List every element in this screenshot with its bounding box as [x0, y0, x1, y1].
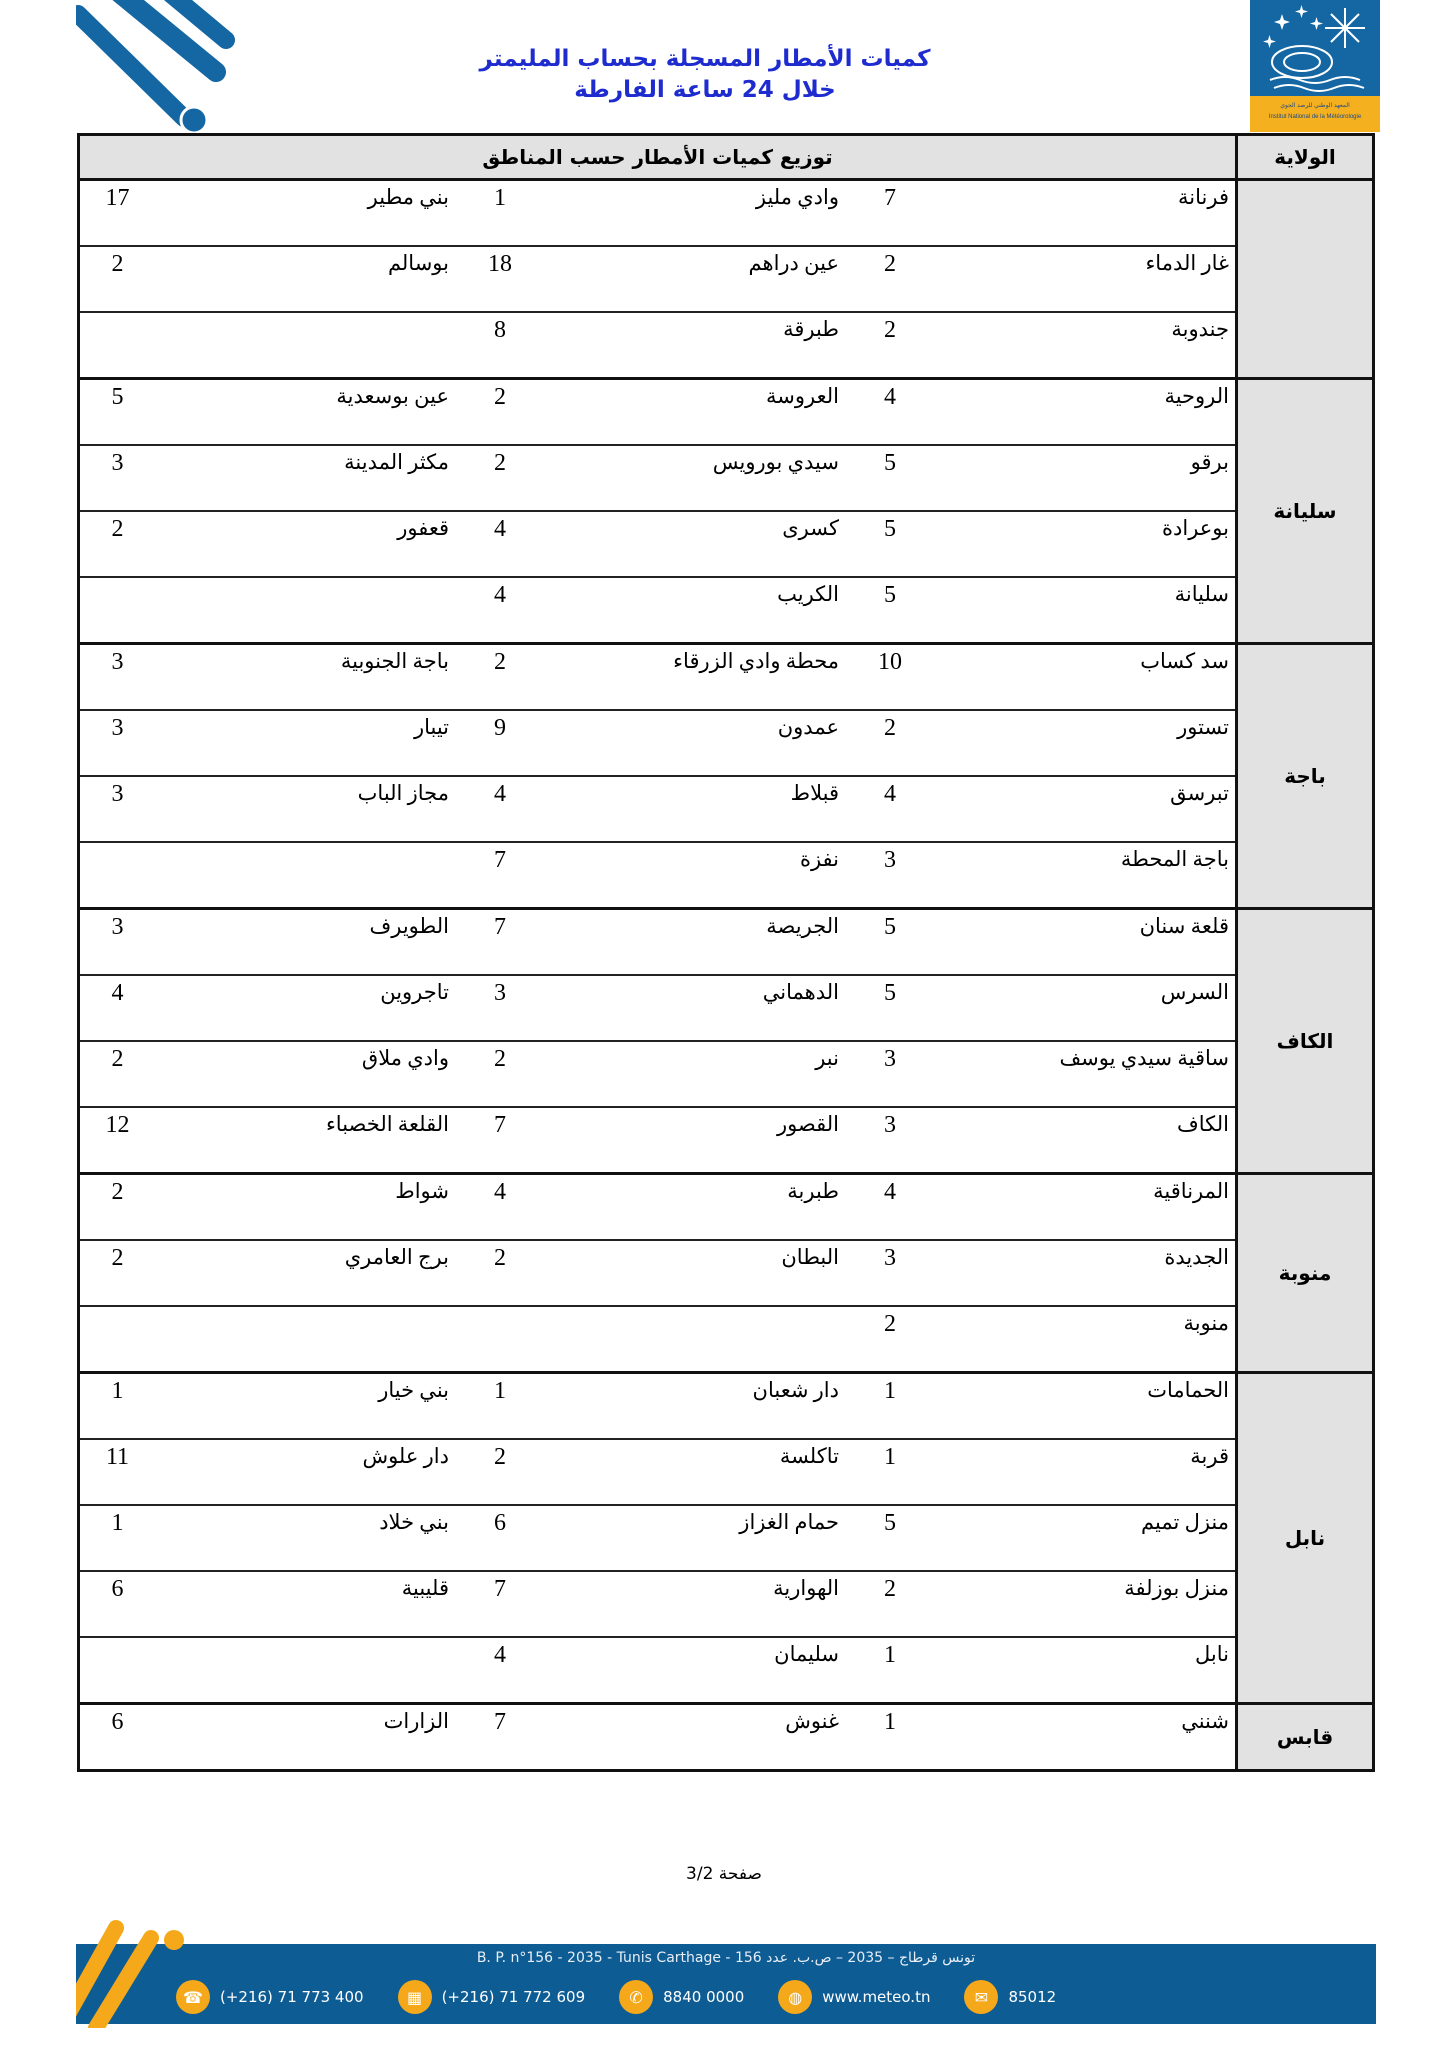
station-name: محطة وادي الزرقاء [545, 645, 845, 709]
station-name: منزل بوزلفة [935, 1572, 1235, 1636]
station-name: بني خيار [155, 1374, 455, 1438]
station-name: الجديدة [935, 1241, 1235, 1305]
rainfall-value [80, 843, 155, 907]
rainfall-value: 3 [845, 1042, 935, 1106]
rainfall-value: 2 [845, 711, 935, 775]
station-name: دار علوش [155, 1440, 455, 1504]
rainfall-value: 7 [455, 1705, 545, 1769]
table-row: قربة1تاكلسة2دار علوش11 [80, 1440, 1235, 1506]
station-name: كسرى [545, 512, 845, 576]
logo-caption-french: Institut National de la Météorologie [1250, 112, 1380, 123]
table-row: غار الدماء2عين دراهم18بوسالم2 [80, 247, 1235, 313]
institute-logo: المعهد الوطني للرصد الجوي Institut Natio… [1250, 0, 1380, 132]
station-name: الجريصة [545, 910, 845, 974]
station-name: قبلاط [545, 777, 845, 841]
contact-call-center-text: 8840 0000 [663, 1988, 744, 2006]
station-name: بني مطير [155, 181, 455, 245]
station-name: باجة المحطة [935, 843, 1235, 907]
table-row: الروحية4العروسة2عين بوسعدية5 [80, 380, 1235, 446]
station-name: فرنانة [935, 181, 1235, 245]
rainfall-value: 5 [845, 910, 935, 974]
rainfall-value: 2 [455, 380, 545, 444]
rainfall-value [80, 578, 155, 642]
header-distribution: توزيع كميات الأمطار حسب المناطق [80, 136, 1235, 178]
station-name: طبربة [545, 1175, 845, 1239]
station-rows: المرناقية4طبربة4شواط2الجديدة3البطان2برج … [80, 1175, 1235, 1371]
station-name: باجة الجنوبية [155, 645, 455, 709]
governorate-group: فرنانة7وادي مليز1بني مطير17غار الدماء2عي… [80, 181, 1372, 380]
station-name: الزارات [155, 1705, 455, 1769]
rainfall-value: 2 [80, 1042, 155, 1106]
table-row: ساقية سيدي يوسف3نبر2وادي ملاق2 [80, 1042, 1235, 1108]
rainfall-value: 2 [455, 1440, 545, 1504]
title-line-2: خلال 24 ساعة الفارطة [360, 74, 1050, 106]
station-name: قلعة سنان [935, 910, 1235, 974]
rainfall-value: 2 [80, 512, 155, 576]
station-name: مجاز الباب [155, 777, 455, 841]
rainfall-value: 2 [845, 1307, 935, 1371]
station-name: عين بوسعدية [155, 380, 455, 444]
rainfall-value: 1 [80, 1374, 155, 1438]
governorate-group: منوبةالمرناقية4طبربة4شواط2الجديدة3البطان… [80, 1175, 1372, 1374]
rainfall-value: 18 [455, 247, 545, 311]
rainfall-value: 4 [455, 777, 545, 841]
station-name: سليانة [935, 578, 1235, 642]
station-rows: سد كساب10محطة وادي الزرقاء2باجة الجنوبية… [80, 645, 1235, 907]
rainfall-value: 5 [845, 578, 935, 642]
station-name: القصور [545, 1108, 845, 1172]
station-name: غنوش [545, 1705, 845, 1769]
rainfall-value: 1 [845, 1440, 935, 1504]
rainfall-value: 2 [455, 645, 545, 709]
rainfall-value: 7 [455, 910, 545, 974]
rainfall-value: 11 [80, 1440, 155, 1504]
station-name: تستور [935, 711, 1235, 775]
station-name: العروسة [545, 380, 845, 444]
contact-website-text[interactable]: www.meteo.tn [822, 1988, 930, 2006]
governorate-group: سليانةالروحية4العروسة2عين بوسعدية5برقو5س… [80, 380, 1372, 645]
table-row: برقو5سيدي بورويس2مكثر المدينة3 [80, 446, 1235, 512]
table-row: منزل بوزلفة2الهوارية7قليبية6 [80, 1572, 1235, 1638]
rainfall-value: 17 [80, 181, 155, 245]
governorate-name: نابل [1235, 1374, 1372, 1702]
footer-bar: B. P. n°156 - 2035 - Tunis Carthage - تو… [76, 1944, 1376, 2024]
title-line-1: كميات الأمطار المسجلة بحساب المليمتر [360, 44, 1050, 74]
rainfall-value: 1 [845, 1638, 935, 1702]
station-name: عمدون [545, 711, 845, 775]
station-name: المرناقية [935, 1175, 1235, 1239]
station-name: سد كساب [935, 645, 1235, 709]
station-name: منوبة [935, 1307, 1235, 1371]
table-row: باجة المحطة3نفزة7 [80, 843, 1235, 907]
station-name: تاكلسة [545, 1440, 845, 1504]
rainfall-value: 4 [80, 976, 155, 1040]
table-row: السرس5الدهماني3تاجروين4 [80, 976, 1235, 1042]
fax-icon: ▦ [398, 1980, 432, 2014]
rainfall-value: 2 [845, 247, 935, 311]
footer-stripes-decoration [76, 1918, 216, 2028]
rainfall-value: 5 [845, 1506, 935, 1570]
rainfall-value: 1 [455, 1374, 545, 1438]
sms-icon: ✉ [964, 1980, 998, 2014]
station-name: دار شعبان [545, 1374, 845, 1438]
contact-website[interactable]: ◍ www.meteo.tn [778, 1980, 930, 2014]
globe-icon: ◍ [778, 1980, 812, 2014]
table-row: الجديدة3البطان2برج العامري2 [80, 1241, 1235, 1307]
rainfall-value [455, 1307, 545, 1371]
table-row: جندوبة2طبرقة8 [80, 313, 1235, 377]
rainfall-value: 3 [455, 976, 545, 1040]
rainfall-value: 3 [845, 1108, 935, 1172]
rainfall-value: 5 [845, 446, 935, 510]
rainfall-value: 2 [845, 313, 935, 377]
rainfall-value: 3 [80, 446, 155, 510]
header-stripes-decoration [76, 0, 236, 136]
rainfall-value: 4 [845, 777, 935, 841]
rainfall-value: 6 [80, 1572, 155, 1636]
rainfall-value: 6 [80, 1705, 155, 1769]
snowflake-stars-icon [1250, 0, 1380, 96]
rainfall-value: 1 [845, 1374, 935, 1438]
table-row: الكاف3القصور7القلعة الخصباء12 [80, 1108, 1235, 1172]
station-name: وادي مليز [545, 181, 845, 245]
station-name: الكريب [545, 578, 845, 642]
rainfall-value: 2 [80, 247, 155, 311]
rainfall-value: 4 [455, 1175, 545, 1239]
station-name: مكثر المدينة [155, 446, 455, 510]
rainfall-value: 10 [845, 645, 935, 709]
station-name [155, 843, 455, 907]
station-rows: شنني1غنوش7الزارات6 [80, 1705, 1235, 1769]
governorate-name: سليانة [1235, 380, 1372, 642]
call-center-icon: ✆ [619, 1980, 653, 2014]
logo-caption: المعهد الوطني للرصد الجوي Institut Natio… [1250, 96, 1380, 132]
station-name: جندوبة [935, 313, 1235, 377]
page-number: صفحة 3/2 [0, 1864, 1448, 1884]
rainfall-value: 6 [455, 1506, 545, 1570]
station-rows: الروحية4العروسة2عين بوسعدية5برقو5سيدي بو… [80, 380, 1235, 642]
station-name: بوعرادة [935, 512, 1235, 576]
rainfall-value: 2 [80, 1175, 155, 1239]
station-name: نابل [935, 1638, 1235, 1702]
rainfall-value: 7 [455, 843, 545, 907]
station-name: عين دراهم [545, 247, 845, 311]
table-row: منزل تميم5حمام الغزاز6بني خلاد1 [80, 1506, 1235, 1572]
station-name [155, 1307, 455, 1371]
station-name: بوسالم [155, 247, 455, 311]
header-governorate: الولاية [1235, 136, 1372, 178]
rainfall-value: 7 [455, 1108, 545, 1172]
station-name [155, 578, 455, 642]
table-row: تستور2عمدون9تيبار3 [80, 711, 1235, 777]
logo-caption-arabic: المعهد الوطني للرصد الجوي [1250, 101, 1380, 112]
station-name: الحمامات [935, 1374, 1235, 1438]
contact-phone-text: (+216) 71 773 400 [220, 1988, 364, 2006]
rainfall-value [80, 1307, 155, 1371]
table-row: بوعرادة5كسرى4قعفور2 [80, 512, 1235, 578]
station-name: الطويرف [155, 910, 455, 974]
rainfall-table: الولاية توزيع كميات الأمطار حسب المناطق … [77, 133, 1375, 1772]
table-row: فرنانة7وادي مليز1بني مطير17 [80, 181, 1235, 247]
rainfall-value: 1 [845, 1705, 935, 1769]
governorate-group: الكافقلعة سنان5الجريصة7الطويرف3السرس5الد… [80, 910, 1372, 1175]
rainfall-value: 12 [80, 1108, 155, 1172]
rainfall-value: 3 [845, 1241, 935, 1305]
table-row: سليانة5الكريب4 [80, 578, 1235, 642]
rainfall-value: 3 [80, 645, 155, 709]
station-name: منزل تميم [935, 1506, 1235, 1570]
station-name: شواط [155, 1175, 455, 1239]
station-name: حمام الغزاز [545, 1506, 845, 1570]
document-title: كميات الأمطار المسجلة بحساب المليمتر خلا… [360, 44, 1050, 106]
contact-call-center[interactable]: ✆ 8840 0000 [619, 1980, 744, 2014]
governorate-group: باجةسد كساب10محطة وادي الزرقاء2باجة الجن… [80, 645, 1372, 910]
rainfall-value: 4 [845, 380, 935, 444]
rainfall-value: 2 [845, 1572, 935, 1636]
station-rows: فرنانة7وادي مليز1بني مطير17غار الدماء2عي… [80, 181, 1235, 377]
footer-contacts: ☎ (+216) 71 773 400 ▦ (+216) 71 772 609 … [176, 1980, 1056, 2014]
table-header: الولاية توزيع كميات الأمطار حسب المناطق [80, 136, 1372, 181]
station-name: نفزة [545, 843, 845, 907]
station-name: سليمان [545, 1638, 845, 1702]
rainfall-value: 2 [455, 446, 545, 510]
rainfall-value: 4 [455, 578, 545, 642]
station-name: الهوارية [545, 1572, 845, 1636]
rainfall-value [80, 1638, 155, 1702]
contact-fax[interactable]: ▦ (+216) 71 772 609 [398, 1980, 586, 2014]
rainfall-value: 4 [455, 512, 545, 576]
governorate-group: نابلالحمامات1دار شعبان1بني خيار1قربة1تاك… [80, 1374, 1372, 1705]
station-name: الدهماني [545, 976, 845, 1040]
station-rows: الحمامات1دار شعبان1بني خيار1قربة1تاكلسة2… [80, 1374, 1235, 1702]
governorate-name: باجة [1235, 645, 1372, 907]
rainfall-value: 1 [80, 1506, 155, 1570]
rainfall-value: 5 [80, 380, 155, 444]
contact-sms-text: 85012 [1008, 1988, 1056, 2006]
station-name: بني خلاد [155, 1506, 455, 1570]
table-row: شنني1غنوش7الزارات6 [80, 1705, 1235, 1769]
governorate-name: الكاف [1235, 910, 1372, 1172]
table-row: المرناقية4طبربة4شواط2 [80, 1175, 1235, 1241]
table-body: فرنانة7وادي مليز1بني مطير17غار الدماء2عي… [80, 181, 1372, 1769]
station-name [155, 313, 455, 377]
rainfall-value [80, 313, 155, 377]
station-name: البطان [545, 1241, 845, 1305]
contact-fax-text: (+216) 71 772 609 [442, 1988, 586, 2006]
rainfall-value: 2 [455, 1241, 545, 1305]
station-name: غار الدماء [935, 247, 1235, 311]
governorate-group: قابسشنني1غنوش7الزارات6 [80, 1705, 1372, 1769]
rainfall-value: 4 [455, 1638, 545, 1702]
station-name: برقو [935, 446, 1235, 510]
governorate-name: منوبة [1235, 1175, 1372, 1371]
rainfall-value: 2 [80, 1241, 155, 1305]
station-name [155, 1638, 455, 1702]
station-name: قليبية [155, 1572, 455, 1636]
rainfall-value: 1 [455, 181, 545, 245]
contact-sms[interactable]: ✉ 85012 [964, 1980, 1056, 2014]
table-row: قلعة سنان5الجريصة7الطويرف3 [80, 910, 1235, 976]
rainfall-value: 3 [845, 843, 935, 907]
rainfall-value: 8 [455, 313, 545, 377]
station-name: ساقية سيدي يوسف [935, 1042, 1235, 1106]
rainfall-value: 3 [80, 777, 155, 841]
station-name: طبرقة [545, 313, 845, 377]
rainfall-value: 7 [455, 1572, 545, 1636]
rainfall-value: 9 [455, 711, 545, 775]
rainfall-value: 7 [845, 181, 935, 245]
station-name: تبرسق [935, 777, 1235, 841]
logo-emblem [1250, 0, 1380, 96]
station-name: الروحية [935, 380, 1235, 444]
station-name: تيبار [155, 711, 455, 775]
station-name [545, 1307, 845, 1371]
station-name: وادي ملاق [155, 1042, 455, 1106]
station-name: قربة [935, 1440, 1235, 1504]
rainfall-value: 3 [80, 711, 155, 775]
table-row: سد كساب10محطة وادي الزرقاء2باجة الجنوبية… [80, 645, 1235, 711]
rainfall-value: 5 [845, 976, 935, 1040]
station-name: قعفور [155, 512, 455, 576]
station-name: برج العامري [155, 1241, 455, 1305]
governorate-name [1235, 181, 1372, 377]
rainfall-value: 4 [845, 1175, 935, 1239]
governorate-name: قابس [1235, 1705, 1372, 1769]
rainfall-value: 5 [845, 512, 935, 576]
table-row: نابل1سليمان4 [80, 1638, 1235, 1702]
footer-address: B. P. n°156 - 2035 - Tunis Carthage - تو… [76, 1950, 1376, 1966]
station-name: نبر [545, 1042, 845, 1106]
table-row: منوبة2 [80, 1307, 1235, 1371]
station-name: تاجروين [155, 976, 455, 1040]
table-row: تبرسق4قبلاط4مجاز الباب3 [80, 777, 1235, 843]
rainfall-value: 3 [80, 910, 155, 974]
station-name: القلعة الخصباء [155, 1108, 455, 1172]
station-name: شنني [935, 1705, 1235, 1769]
station-name: السرس [935, 976, 1235, 1040]
rainfall-value: 2 [455, 1042, 545, 1106]
station-rows: قلعة سنان5الجريصة7الطويرف3السرس5الدهماني… [80, 910, 1235, 1172]
station-name: سيدي بورويس [545, 446, 845, 510]
station-name: الكاف [935, 1108, 1235, 1172]
table-row: الحمامات1دار شعبان1بني خيار1 [80, 1374, 1235, 1440]
